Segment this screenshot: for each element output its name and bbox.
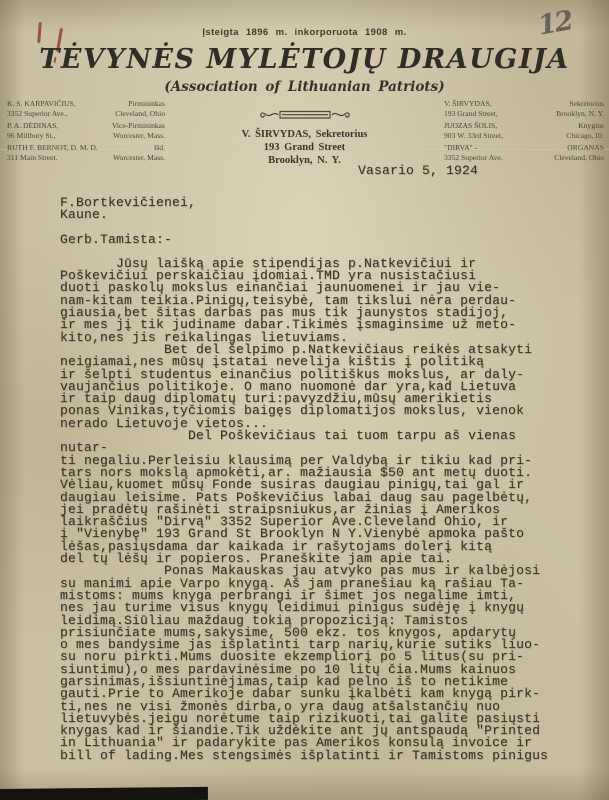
officer-role: Pirmininkas: [128, 99, 165, 109]
officer-name: K. S. KARPAVIČIUS,: [7, 99, 76, 109]
ornament-divider-icon: [244, 109, 366, 121]
letter-body: F.Bortkevičienei, Kaune. Gerb.Tamista:- …: [60, 197, 560, 762]
secretary-name: V. ŠIRVYDAS, Sekretorius: [0, 128, 609, 141]
paragraph-2: Bet del šelpimo p.Natkevičiaus reikės at…: [60, 344, 560, 430]
letter-date: Vasario 5, 1924: [358, 165, 478, 177]
officer-entry: K. S. KARPAVIČIUS,Pirmininkas 3352 Super…: [7, 99, 165, 118]
officer-city: Cleveland, Ohio: [115, 109, 165, 119]
officer-street: 193 Grand Street,: [444, 109, 498, 119]
paragraph-4: Ponas Makauskas jau atvyko pas mus ir ka…: [60, 565, 560, 762]
paragraph-3: Del Poškevičiaus tai tuom tarpu aš viena…: [60, 430, 560, 565]
secretary-contact-block: V. ŠIRVYDAS, Sekretorius 193 Grand Stree…: [0, 128, 609, 167]
officer-street: 3352 Superior Ave.,: [7, 109, 68, 119]
organization-title: TĖVYNĖS MYLĖTOJŲ DRAUGIJA: [0, 44, 609, 75]
scan-edge-shadow: [0, 787, 208, 800]
paragraph-1: Jūsų laišką apie stipendijas p.Natkeviči…: [60, 258, 560, 344]
officer-entry: V. ŠIRVYDAS,Sekretorius 193 Grand Street…: [444, 99, 604, 118]
recipient-address: F.Bortkevičienei, Kaune.: [60, 197, 560, 222]
letter-page: 12 Įsteigta 1896 m. inkorporuota 1908 m.…: [0, 0, 609, 800]
established-line: Įsteigta 1896 m. inkorporuota 1908 m.: [0, 27, 609, 38]
organization-subtitle: (Association of Lithuanian Patriots): [0, 79, 609, 95]
secretary-street: 193 Grand Street: [0, 141, 609, 154]
salutation: Gerb.Tamista:-: [60, 234, 560, 246]
officer-city: Brooklyn, N. Y.: [556, 109, 604, 119]
officer-role: Sekretorius: [569, 99, 604, 109]
secretary-city: Brooklyn, N. Y.: [0, 154, 609, 167]
officer-name: V. ŠIRVYDAS,: [444, 99, 492, 109]
